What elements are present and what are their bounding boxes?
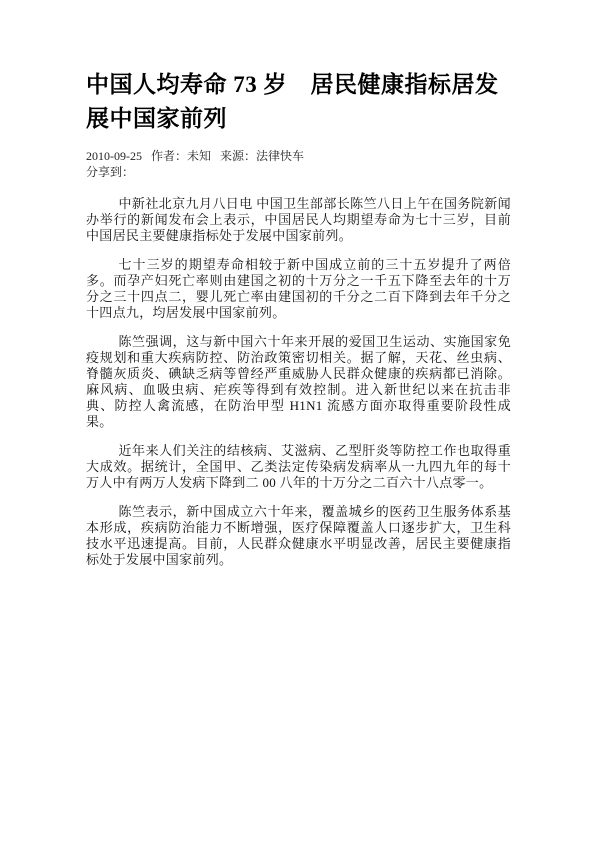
document-page: 中国人均寿命 73 岁 居民健康指标居发展中国家前列 2010-09-25作者：…: [0, 0, 595, 842]
author-value: 未知: [187, 149, 211, 163]
article-paragraph-2: 七十三岁的期望寿命相较于新中国成立前的三十五岁提升了两倍多。而孕产妇死亡率则由建…: [86, 257, 511, 321]
author-label: 作者：: [151, 149, 187, 163]
article-paragraph-5: 陈竺表示，新中国成立六十年来，覆盖城乡的医药卫生服务体系基本形成，疾病防治能力不…: [86, 504, 511, 568]
source-label: 来源：: [220, 149, 256, 163]
article-meta: 2010-09-25作者：未知来源：法律快车: [86, 148, 511, 164]
article-paragraph-4: 近年来人们关注的结核病、艾滋病、乙型肝炎等防控工作也取得重大成效。据统计，全国甲…: [86, 443, 511, 491]
article-paragraph-3: 陈竺强调，这与新中国六十年来开展的爱国卫生运动、实施国家免疫规划和重大疾病防控、…: [86, 334, 511, 430]
publish-date: 2010-09-25: [86, 149, 142, 163]
share-label: 分享到：: [86, 164, 511, 180]
article-title: 中国人均寿命 73 岁 居民健康指标居发展中国家前列: [86, 68, 511, 136]
article-paragraph-1: 中新社北京九月八日电 中国卫生部部长陈竺八日上午在国务院新闻办举行的新闻发布会上…: [86, 196, 511, 244]
article-content: 中国人均寿命 73 岁 居民健康指标居发展中国家前列 2010-09-25作者：…: [86, 68, 511, 581]
source-value: 法律快车: [256, 149, 304, 163]
